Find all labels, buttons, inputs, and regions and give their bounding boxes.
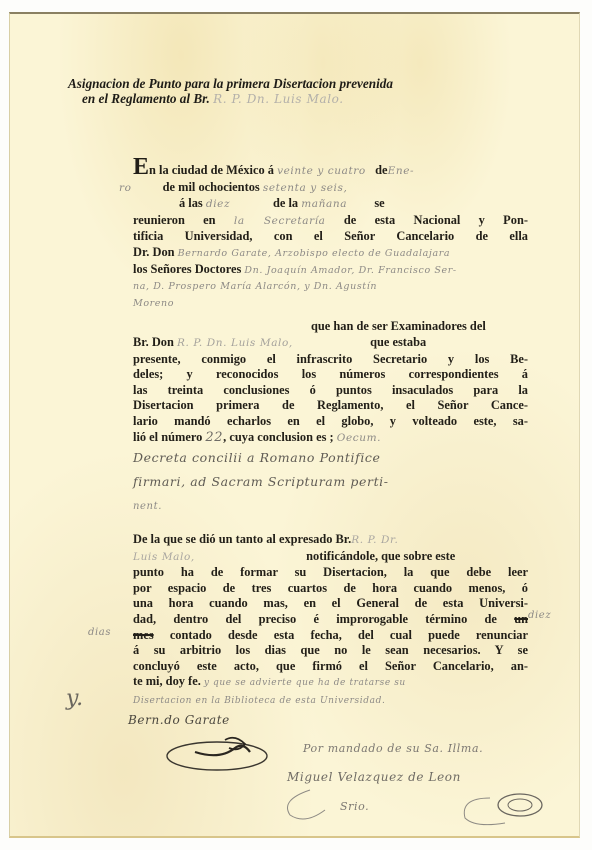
p1-line-2: ro de mil ochocientos setenta y seis,	[133, 180, 528, 197]
p1-line-3: á las diez de la mañana se	[133, 196, 528, 213]
struck-word-un: un	[514, 612, 528, 626]
p2-line-5: una hora cuando mas, en el General de es…	[133, 596, 528, 612]
p1-line-8: na, D. Prospero María Alarcón, y Dn. Agu…	[133, 278, 528, 295]
p1-line-20: nent.	[133, 494, 528, 518]
p2-line-3: punto ha de formar su Disertacion, la qu…	[133, 565, 528, 581]
margin-mark: y.	[66, 686, 84, 711]
signature-flourish-icon	[165, 730, 275, 775]
p1-line-13: deles; y reconocidos los números corresp…	[133, 367, 528, 383]
p2-line-11: Disertacion en la Biblioteca de esta Uni…	[133, 692, 528, 710]
title-line-2: en el Reglamento al Br.	[82, 91, 210, 106]
handwritten-bachelor-name-2: R. P. Dn. Luis Malo,	[177, 336, 367, 352]
handwritten-conclusion-text-3: nent.	[133, 501, 162, 512]
p1-line-19: firmari, ad Sacram Scripturam perti-	[133, 470, 528, 494]
handwritten-conclusion-text-1: Decreta concilii a Romano Pontifice	[133, 450, 381, 465]
handwritten-doctors: Dn. Joaquín Amador, Dr. Francisco Ser-	[244, 265, 456, 276]
handwritten-addendum-2: Disertacion en la Biblioteca de esta Uni…	[133, 696, 385, 706]
paragraph-notification: De la que se dió un tanto al expresado B…	[133, 532, 528, 710]
secretary-flourish-icon	[270, 780, 570, 830]
document-title: Asignacion de Punto para la primera Dise…	[68, 76, 558, 107]
p1-line-12: presente, conmigo el infrascrito Secreta…	[133, 352, 528, 368]
margin-correction-left: dias	[88, 627, 111, 638]
p2-line-10: te mi, doy fe. y que se advierte que ha …	[133, 674, 528, 692]
handwritten-bachelor-name: R. P. Dn. Luis Malo.	[213, 92, 344, 106]
title-line-1: Asignacion de Punto para la primera Dise…	[68, 76, 393, 91]
handwritten-month: Ene-	[388, 165, 415, 177]
p1-line-15: Disertacion primera de Reglamento, el Se…	[133, 398, 528, 414]
handwritten-bachelor-name-3: Luis Malo,	[133, 550, 303, 566]
handwritten-hour: diez	[206, 197, 270, 213]
handwritten-conclusion-number: 22	[205, 430, 223, 445]
p1-line-14: las treinta conclusiones ó puntos insacu…	[133, 383, 528, 399]
handwritten-conclusion-text-2: firmari, ad Sacram Scripturam perti-	[133, 474, 389, 489]
p1-line-1: En la ciudad de México á veinte y cuatro…	[133, 160, 528, 180]
p2-line-8: á su arbitrio los dias que no le sean ne…	[133, 643, 528, 659]
p2-line-4: por espacio de tres cuartos de hora cuan…	[133, 581, 528, 597]
p1-line-17: lió el número 22, cuya conclusion es ; O…	[133, 430, 528, 447]
p1-line-5: tificia Universidad, con el Señor Cancel…	[133, 229, 528, 245]
p1-line-4: reunieron en la Secretaría de esta Nacio…	[133, 213, 528, 230]
p2-line-9: concluyó este acto, que firmó el Señor C…	[133, 659, 528, 675]
handwritten-year: setenta y seis,	[263, 182, 348, 194]
handwritten-conclusion-start: Oecum.	[337, 432, 381, 444]
p2-line-2: Luis Malo, notificándole, que sobre este	[133, 549, 528, 566]
p1-line-10: que han de ser Examinadores del	[133, 319, 528, 335]
struck-word-mes: mes	[133, 628, 154, 642]
p2-line-6: dad, dentro del preciso é improrogable t…	[133, 612, 528, 628]
p1-line-9: Moreno	[133, 295, 528, 312]
handwritten-bachelor-title: R. P. Dr.	[351, 534, 398, 546]
handwritten-place: la Secretaría	[234, 215, 326, 227]
p1-line-16: lario mandó echarlos en el globo, y volt…	[133, 414, 528, 430]
p1-line-18: Decreta concilii a Romano Pontifice	[133, 446, 528, 470]
paragraph-examination-record: En la ciudad de México á veinte y cuatro…	[133, 160, 528, 518]
p1-line-6: Dr. Don Bernardo Garate, Arzobispo elect…	[133, 245, 528, 262]
p1-line-11: Br. Don R. P. Dn. Luis Malo, que estaba	[133, 335, 528, 352]
p2-line-1: De la que se dió un tanto al expresado B…	[133, 532, 528, 549]
drop-cap: E	[133, 154, 149, 180]
p2-line-7: mes contado desde esta fecha, del cual p…	[133, 628, 528, 644]
handwritten-day: veinte y cuatro	[277, 165, 366, 177]
margin-correction-right: diez	[528, 610, 551, 621]
signature-chancellor: Bern.do Garate	[128, 713, 230, 727]
handwritten-addendum-1: y que se advierte que ha de tratarse su	[204, 678, 406, 688]
signature-secretary-line-1: Por mandado de su Sa. Illma.	[303, 742, 483, 755]
handwritten-time-of-day: mañana	[301, 197, 371, 213]
handwritten-chancellor-name: Bernardo Garate, Arzobispo electo de Gua…	[178, 248, 450, 259]
p1-line-7: los Señores Doctores Dn. Joaquín Amador,…	[133, 262, 528, 279]
